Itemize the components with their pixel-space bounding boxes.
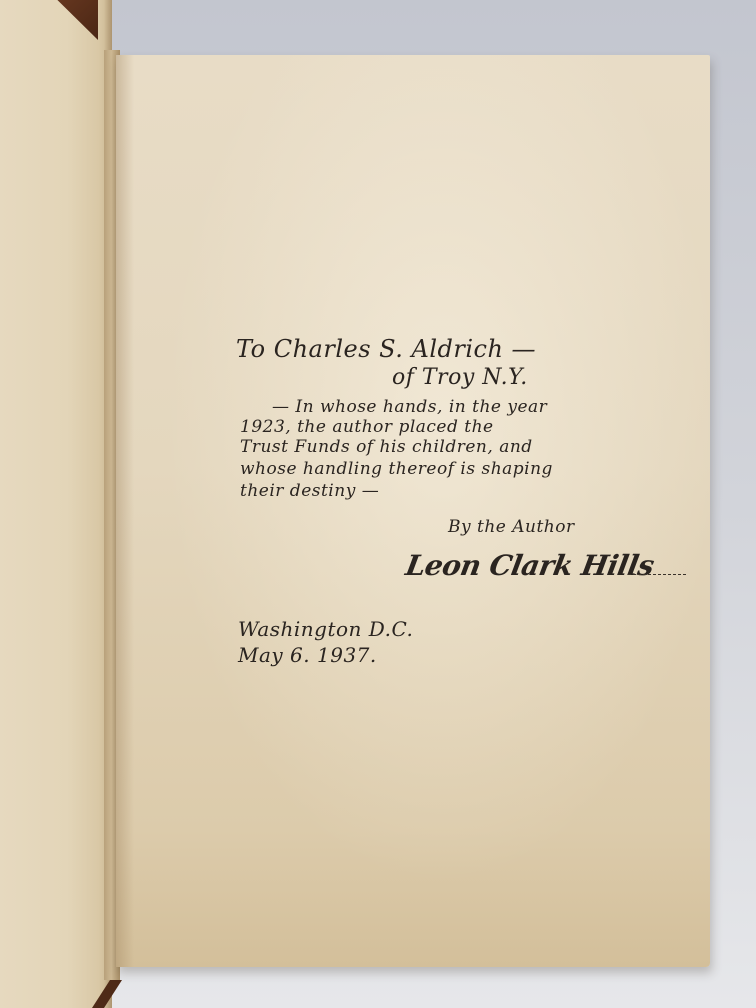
- inscription-body-line: whose handling thereof is shaping: [240, 459, 553, 479]
- inscription-body-line: Trust Funds of his children, and: [240, 437, 533, 457]
- author-signature: Leon Clark Hills: [403, 549, 656, 582]
- inscription-date: May 6. 1937.: [238, 643, 377, 667]
- inscription-body-line: their destiny —: [240, 481, 379, 501]
- left-page: [0, 0, 112, 1008]
- photo-scene: To Charles S. Aldrich — of Troy N.Y. — I…: [0, 0, 756, 1008]
- inscription-salutation: To Charles S. Aldrich —: [236, 335, 536, 363]
- handwritten-inscription: To Charles S. Aldrich — of Troy N.Y. — I…: [116, 55, 710, 967]
- inscription-body-line: — In whose hands, in the year: [272, 397, 547, 417]
- inscription-place: of Troy N.Y.: [392, 365, 528, 390]
- inscription-body-line: 1923, the author placed the: [240, 417, 494, 437]
- inscription-byline: By the Author: [448, 517, 575, 537]
- signature-flourish: [628, 574, 686, 575]
- right-page-endpaper: To Charles S. Aldrich — of Troy N.Y. — I…: [116, 55, 710, 967]
- inscription-city: Washington D.C.: [238, 617, 413, 641]
